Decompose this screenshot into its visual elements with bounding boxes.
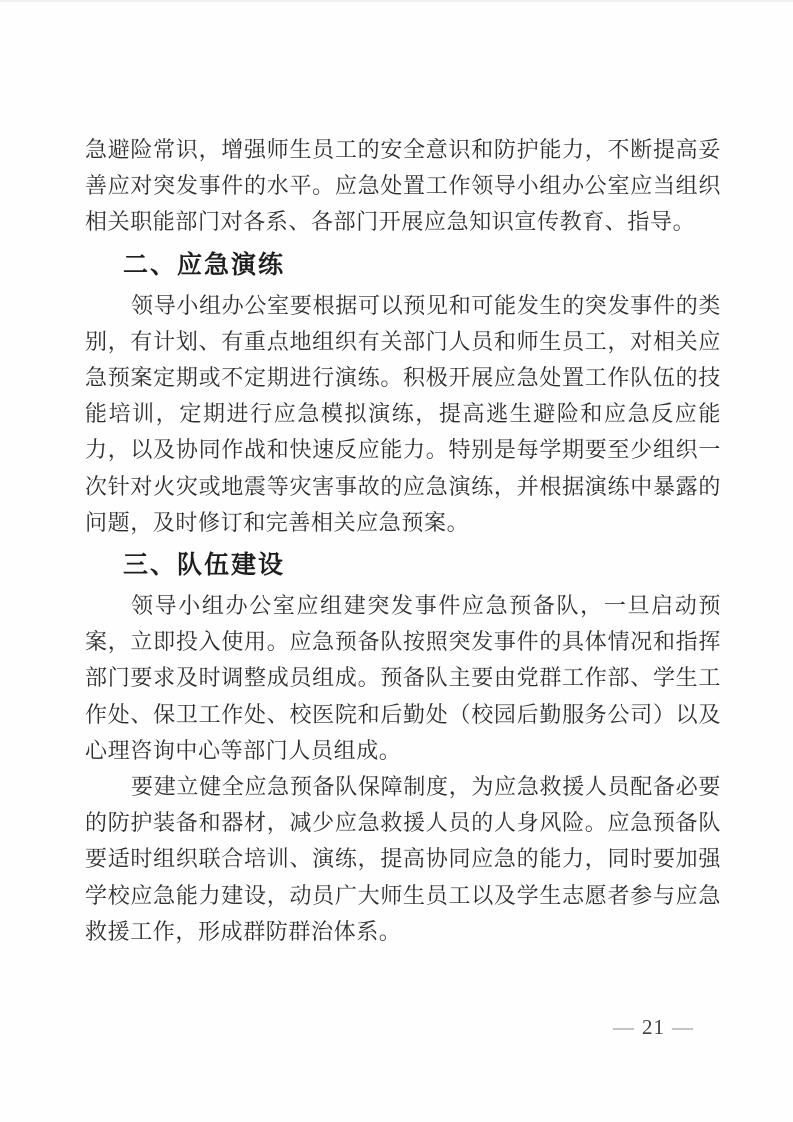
paragraph-emergency-drill: 领导小组办公室要根据可以预见和可能发生的突发事件的类别，有计划、有重点地组织有关… xyxy=(85,288,721,541)
document-content: 急避险常识，增强师生员工的安全意识和防护能力，不断提高妥善应对突发事件的水平。应… xyxy=(85,132,721,950)
section-heading-team-building: 三、队伍建设 xyxy=(123,547,721,584)
paragraph-reserve-team-composition: 领导小组办公室应组建突发事件应急预备队，一旦启动预案，立即投入使用。应急预备队按… xyxy=(85,588,721,769)
page-number-value: 21 xyxy=(642,1015,665,1039)
section-heading-emergency-drill: 二、应急演练 xyxy=(123,247,721,284)
page-number-dash-left: — xyxy=(606,1015,642,1039)
paragraph-reserve-team-support: 要建立健全应急预备队保障制度，为应急救援人员配备必要的防护装备和器材，减少应急救… xyxy=(85,769,721,950)
paragraph-continuation-emergency-education: 急避险常识，增强师生员工的安全意识和防护能力，不断提高妥善应对突发事件的水平。应… xyxy=(85,132,721,241)
document-page: 急避险常识，增强师生员工的安全意识和防护能力，不断提高妥善应对突发事件的水平。应… xyxy=(0,0,793,1122)
page-number: —21— xyxy=(606,1014,701,1040)
page-number-dash-right: — xyxy=(665,1015,701,1039)
